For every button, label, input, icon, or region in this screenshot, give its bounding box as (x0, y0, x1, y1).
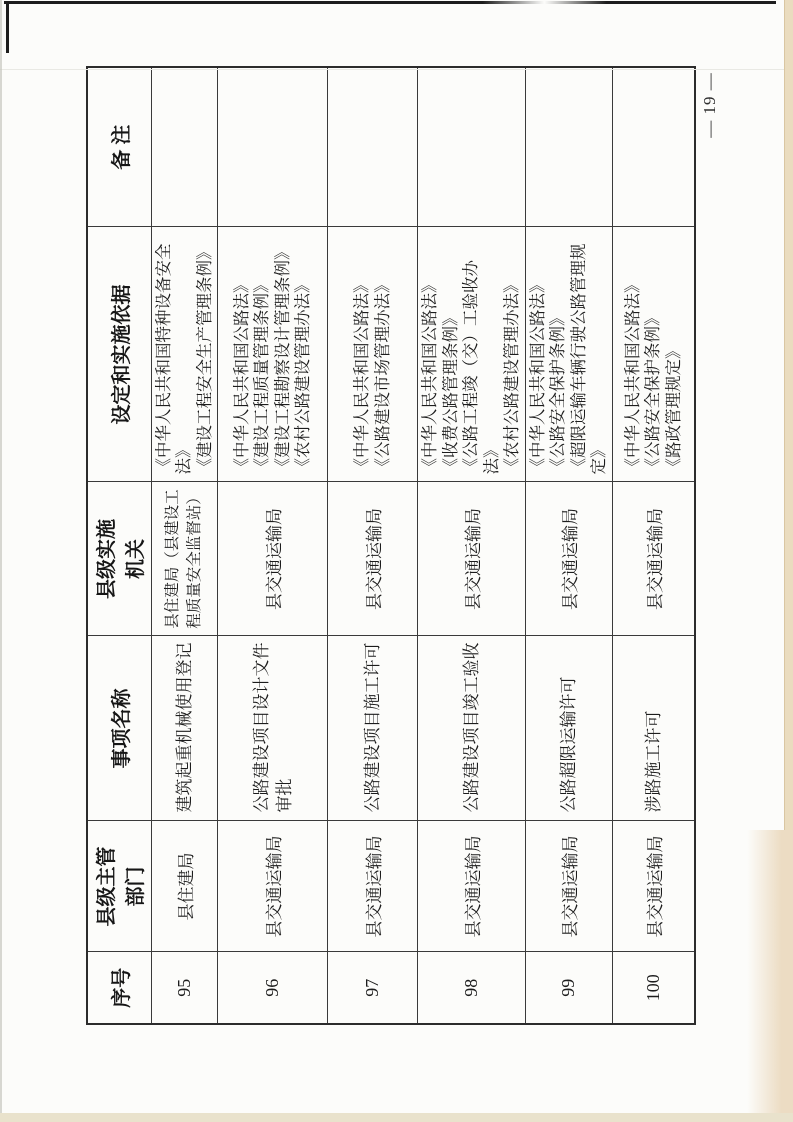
scan-edge-right-wedge (747, 830, 793, 1122)
cell-item: 公路超限运输许可 (525, 636, 612, 821)
table-row: 100 县交通运输局 涉路施工许可 县交通运输局 《中华人民共和国公路法》 《公… (612, 67, 695, 1024)
scan-fold-line (0, 69, 793, 70)
cell-remark (328, 67, 418, 227)
cell-remark (218, 67, 328, 227)
cell-item: 公路建设项目竣工验收 (418, 636, 526, 821)
cell-remark (612, 67, 695, 227)
scan-edge-bottom (0, 1113, 793, 1122)
cell-no: 100 (612, 952, 695, 1024)
page-number: — 19 — (700, 66, 724, 144)
cell-remark (525, 67, 612, 227)
table-header-row: 序号 县级主管 部门 事项名称 县级实施 机关 设定和实施依据 备 注 (87, 67, 151, 1024)
cell-dept: 县交通运输局 (525, 821, 612, 952)
scan-edge-left-dark (6, 1, 9, 53)
cell-basis: 《中华人民共和国公路法》 《公路安全保护条例》 《超限运输车辆行驶公路管理规定》 (525, 227, 612, 482)
cell-dept: 县住建局 (151, 821, 218, 952)
cell-no: 97 (328, 952, 418, 1024)
cell-agency: 县交通运输局 (418, 482, 526, 636)
cell-item: 公路建设项目设计文件 审批 (218, 636, 328, 821)
cell-basis: 《中华人民共和国公路法》 《公路安全保护条例》 《路政管理规定》 (612, 227, 695, 482)
table-row: 95 县住建局 建筑起重机械使用登记 县住建局（县建设工 程质量安全监督站） 《… (151, 67, 218, 1024)
cell-dept: 县交通运输局 (218, 821, 328, 952)
cell-agency: 县住建局（县建设工 程质量安全监督站） (151, 482, 218, 636)
cell-basis: 《中华人民共和国特种设备安全法》 《建设工程安全生产管理条例》 (151, 227, 218, 482)
cell-basis: 《中华人民共和国公路法》 《建设工程质量管理条例》 《建设工程勘察设计管理条例》… (218, 227, 328, 482)
header-no: 序号 (87, 952, 151, 1024)
cell-item: 建筑起重机械使用登记 (151, 636, 218, 821)
cell-no: 99 (525, 952, 612, 1024)
cell-basis: 《中华人民共和国公路法》 《收费公路管理条例》 《公路工程竣（交）工验收办法》 … (418, 227, 526, 482)
table-row: 97 县交通运输局 公路建设项目施工许可 县交通运输局 《中华人民共和国公路法》… (328, 67, 418, 1024)
cell-basis: 《中华人民共和国公路法》 《公路建设市场管理办法》 (328, 227, 418, 482)
cell-no: 95 (151, 952, 218, 1024)
cell-dept: 县交通运输局 (612, 821, 695, 952)
cell-agency: 县交通运输局 (612, 482, 695, 636)
cell-agency: 县交通运输局 (328, 482, 418, 636)
header-agency: 县级实施 机关 (87, 482, 151, 636)
header-dept: 县级主管 部门 (87, 821, 151, 952)
rotated-content: 序号 县级主管 部门 事项名称 县级实施 机关 设定和实施依据 备 注 95 县… (0, 0, 793, 1122)
cell-agency: 县交通运输局 (218, 482, 328, 636)
approval-items-table: 序号 县级主管 部门 事项名称 县级实施 机关 设定和实施依据 备 注 95 县… (86, 66, 696, 1025)
scan-edge-top (4, 1, 776, 4)
cell-remark (151, 67, 218, 227)
header-basis: 设定和实施依据 (87, 227, 151, 482)
cell-item: 涉路施工许可 (612, 636, 695, 821)
cell-dept: 县交通运输局 (418, 821, 526, 952)
scan-edge-left-faint (0, 0, 2, 1122)
table-row: 98 县交通运输局 公路建设项目竣工验收 县交通运输局 《中华人民共和国公路法》… (418, 67, 526, 1024)
cell-dept: 县交通运输局 (328, 821, 418, 952)
cell-no: 98 (418, 952, 526, 1024)
table-row: 99 县交通运输局 公路超限运输许可 县交通运输局 《中华人民共和国公路法》 《… (525, 67, 612, 1024)
header-remark: 备 注 (87, 67, 151, 227)
scanned-page: 序号 县级主管 部门 事项名称 县级实施 机关 设定和实施依据 备 注 95 县… (0, 0, 793, 1122)
cell-item: 公路建设项目施工许可 (328, 636, 418, 821)
table-row: 96 县交通运输局 公路建设项目设计文件 审批 县交通运输局 《中华人民共和国公… (218, 67, 328, 1024)
cell-no: 96 (218, 952, 328, 1024)
cell-remark (418, 67, 526, 227)
header-item: 事项名称 (87, 636, 151, 821)
cell-agency: 县交通运输局 (525, 482, 612, 636)
